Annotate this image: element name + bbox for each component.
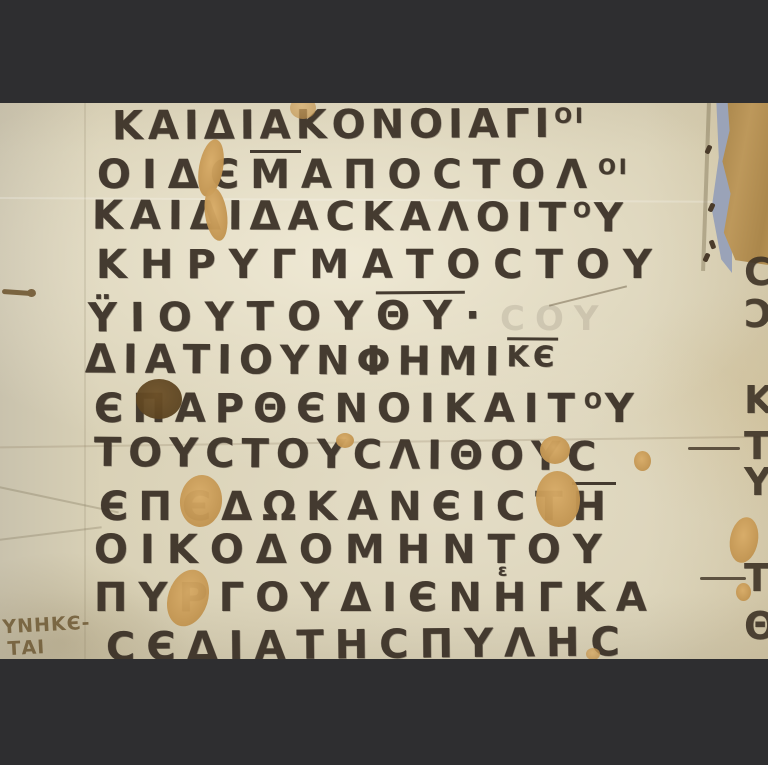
uncial-text: ΑΠΟCΤΟΛ (301, 152, 598, 198)
uncial-text: ΚΗΡΥΓΜΑΤΟCΤΟΥ (96, 242, 665, 288)
tan-stain (540, 436, 570, 464)
marginal-paragraphos-mark (2, 289, 32, 296)
manuscript-text-line-4: ΚΗΡΥΓΜΑΤΟCΤΟΥ (96, 245, 665, 285)
uncial-text: ΫΙΟΥΤΟΥ (88, 293, 376, 341)
uncial-text: ΠΥΡΓΟΥΔΙЄΝ (94, 575, 493, 621)
marginal-note-line-1: ΥΝΗΚЄ- (2, 613, 91, 639)
manuscript-text-line-1: ΚΑΙΔΙΑΚΟΝΟΙΑΓΙΟΙ (112, 104, 586, 146)
uncial-text: ΚΑΙΔΙΔΑCΚΑΛΟΙΤ (92, 193, 573, 242)
uncial-text: ЄΠЄΔΩΚΑΝЄΙCΤ (99, 484, 572, 530)
torn-edge-ink-mark (709, 239, 717, 249)
clipped-letter-fragment: Κ (744, 381, 768, 419)
adjacent-column-stroke (688, 447, 740, 450)
nomen-sacrum-or-superscript: Μ (250, 150, 301, 195)
adjacent-column-stroke (700, 577, 746, 580)
tan-stain (586, 648, 600, 659)
uncial-text: ΟΙΔЄ (97, 152, 250, 198)
nomen-sacrum-or-superscript: ΟΙ (598, 155, 630, 179)
manuscript-text-line-6: ΔΙΑΤΙΟΥΝΦΗΜΙΚЄ (85, 339, 559, 382)
uncial-text: Ηε (493, 578, 537, 618)
interlinear-correction: ε (498, 563, 507, 580)
uncial-text: Υ (605, 386, 643, 432)
nomen-sacrum-or-superscript: ΘΥ (376, 291, 465, 337)
clipped-letter-fragment: Τ (744, 559, 768, 597)
uncial-text: ΚΑΙΔΙΑΚΟΝΟΙΑΓΙ (112, 103, 555, 149)
clipped-letter-fragment: Θ (744, 607, 768, 645)
nomen-sacrum-or-superscript: Ο (584, 389, 605, 413)
uncial-text: · (465, 293, 494, 339)
manuscript-text-line-3: ΚΑΙΔΙΔΑCΚΑΛΟΙΤΟΥ (92, 196, 630, 239)
uncial-text: ΔΙΑΤΙΟΥΝΦΗΜΙ (85, 336, 507, 385)
clipped-letter-fragment: Υ (744, 463, 768, 501)
uncial-text: ΟΙΚΟΔΟΜΗΝΤΟΥ (94, 527, 614, 573)
nomen-sacrum-or-superscript: ΟΙ (554, 104, 586, 128)
manuscript-text-line-10: ΟΙΚΟΔΟΜΗΝΤΟΥ (94, 530, 614, 570)
letterbox-top (0, 0, 768, 103)
uncial-text: Υ (594, 195, 630, 241)
letterbox-bottom (0, 659, 768, 765)
clipped-letter-fragment: C (744, 295, 768, 333)
clipped-letter-fragment: C (744, 253, 768, 291)
dark-ink-stain (136, 379, 182, 419)
tan-stain (634, 451, 651, 471)
screenshot-root: { "description": "photograph of an ancie… (0, 0, 768, 765)
corner-crease-2 (0, 526, 102, 541)
manuscript-photo: ΥΝΗΚЄ- ΤΑΙ ΚΑΙΔΙΑΚΟΝΟΙΑΓΙΟΙΟΙΔЄΜΑΠΟCΤΟΛΟ… (0, 103, 768, 659)
ghost-ink-offset: CΟΥ (500, 299, 608, 339)
manuscript-text-line-2: ΟΙΔЄΜΑΠΟCΤΟΛΟΙ (97, 150, 630, 195)
nomen-sacrum-or-superscript: ΚЄ (507, 337, 559, 371)
nomen-sacrum-or-superscript: Ο (573, 198, 594, 222)
marginal-note: ΥΝΗΚЄ- ΤΑΙ (2, 613, 92, 659)
manuscript-text-line-5: ΫΙΟΥΤΟΥΘΥ· (88, 291, 494, 339)
uncial-text: ΓΚΑ (537, 575, 657, 621)
manuscript-text-line-12: CЄΔΙΑΤΗCΠΥΛΗC (106, 622, 631, 659)
tan-stain (336, 433, 354, 448)
marginal-note-line-2: ΤΑΙ (7, 635, 92, 659)
